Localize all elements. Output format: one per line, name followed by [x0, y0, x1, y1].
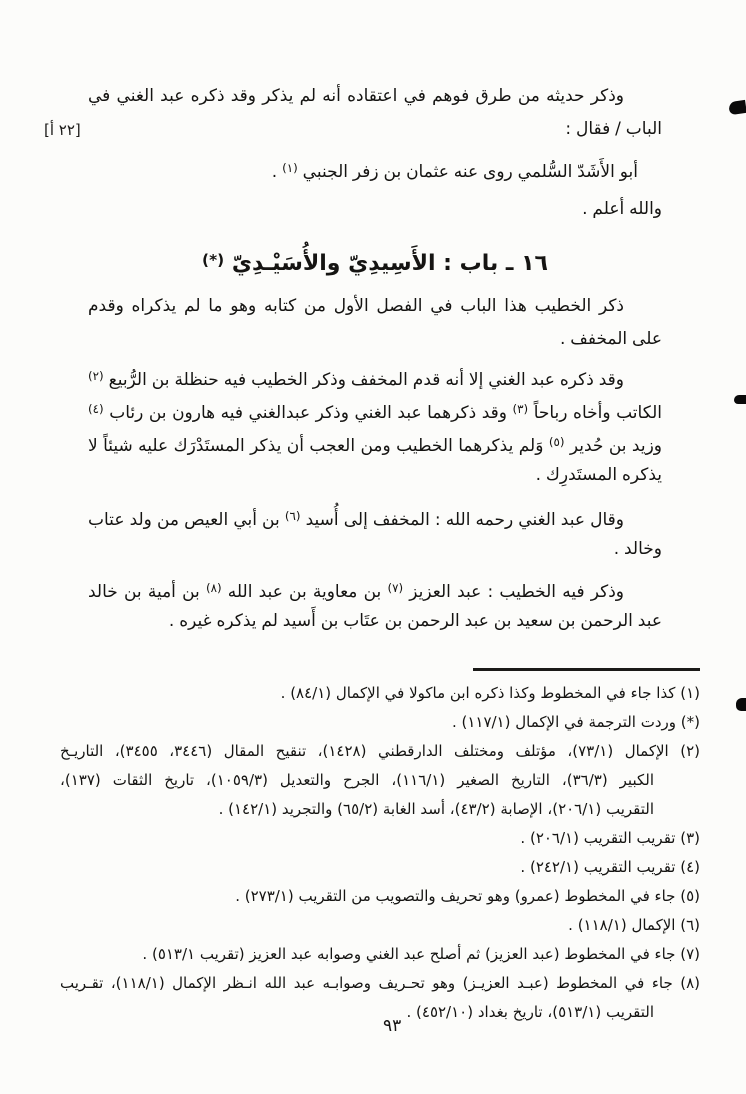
body-line: أبو الأَشَدّ السُّلمي روى عنه عثمان بن ز… — [88, 152, 662, 185]
footnote-line: الكبير (٣٦/٣)، التاريخ الصغير (١١٦/١)، ا… — [60, 766, 700, 795]
section-heading: ١٦ ـ باب : الأَسِيدِيّ والأُسَيْـدِيّ (*… — [88, 240, 662, 280]
body-line: وزيد بن حُدير (٥) وَلم يذكرهما الخطيب وم… — [88, 426, 662, 459]
body-line: وخالد . — [88, 533, 662, 566]
footnote-separator — [473, 668, 700, 671]
footnote-line: (٨) جاء في المخطوط (عبـد العزيـز) وهو تح… — [60, 969, 700, 998]
footnote-line: (٥) جاء في المخطوط (عمرو) وهو تحريف والت… — [60, 882, 700, 911]
body-line: الباب / فقال : — [88, 113, 662, 146]
paragraph: أبو الأَشَدّ السُّلمي روى عنه عثمان بن ز… — [88, 152, 662, 185]
footnote-line: (٦) الإكمال (١١٨/١) . — [60, 911, 700, 940]
body-line: الكاتب وأخاه رباحاً (٣) وقد ذكرهما عبد ا… — [88, 393, 662, 426]
body-line: والله أعلم . — [88, 193, 662, 226]
footnote-line: (*) وردت الترجمة في الإكمال (١١٧/١) . — [60, 708, 700, 737]
scanned-page: [٢٢ أ] وذكر حديثه من طرق فوهم في اعتقاده… — [0, 0, 746, 1094]
folio-margin-note: [٢٢ أ] — [44, 121, 81, 139]
footnote-line: (٤) تقريب التقريب (٢٤٢/١) . — [60, 853, 700, 882]
paragraph: وذكر فيه الخطيب : عبد العزيز (٧) بن معاو… — [88, 572, 662, 638]
ink-mark-middle — [734, 395, 746, 404]
footnote-line: التقريب (٢٠٦/١)، الإصابة (٤٣/٢)، أسد الغ… — [60, 795, 700, 824]
body-line: عبد الرحمن بن سعيد بن عبد الرحمن بن عتَا… — [88, 605, 662, 638]
footnote-line: (٢) الإكمال (٧٣/١)، مؤتلف ومختلف الدارقط… — [60, 737, 700, 766]
footnote-line: التقريب (٥١٣/١)، تاريخ بغداد (٤٥٢/١٠) . — [60, 998, 700, 1027]
body-line: ذكر الخطيب هذا الباب في الفصل الأول من ك… — [88, 290, 662, 323]
body-line: وقال عبد الغني رحمه الله : المخفف إلى أُ… — [88, 500, 662, 533]
paragraph: وقد ذكره عبد الغني إلا أنه قدم المخفف وذ… — [88, 360, 662, 492]
body-line: وقد ذكره عبد الغني إلا أنه قدم المخفف وذ… — [88, 360, 662, 393]
footnote-line: (٣) تقريب التقريب (٢٠٦/١) . — [60, 824, 700, 853]
paragraph: والله أعلم . — [88, 193, 662, 226]
ink-mark-top — [728, 100, 746, 115]
paragraph: ذكر الخطيب هذا الباب في الفصل الأول من ك… — [88, 290, 662, 356]
body-line: وذكر حديثه من طرق فوهم في اعتقاده أنه لم… — [88, 80, 662, 113]
paragraph: وقال عبد الغني رحمه الله : المخفف إلى أُ… — [88, 500, 662, 566]
body-line: وذكر فيه الخطيب : عبد العزيز (٧) بن معاو… — [88, 572, 662, 605]
page-number: ٩٣ — [383, 1012, 401, 1040]
ink-mark-bottom — [736, 698, 746, 711]
footnote-line: (٧) جاء في المخطوط (عبد العزيز) ثم أصلح … — [60, 940, 700, 969]
body-text: وذكر حديثه من طرق فوهم في اعتقاده أنه لم… — [88, 80, 662, 638]
footnotes: (١) كذا جاء في المخطوط وكذا ذكره ابن ماك… — [60, 668, 700, 1027]
body-line: يذكره المستَدرِك . — [88, 459, 662, 492]
paragraph: وذكر حديثه من طرق فوهم في اعتقاده أنه لم… — [88, 80, 662, 146]
body-line: على المخفف . — [88, 323, 662, 356]
footnote-line: (١) كذا جاء في المخطوط وكذا ذكره ابن ماك… — [60, 679, 700, 708]
